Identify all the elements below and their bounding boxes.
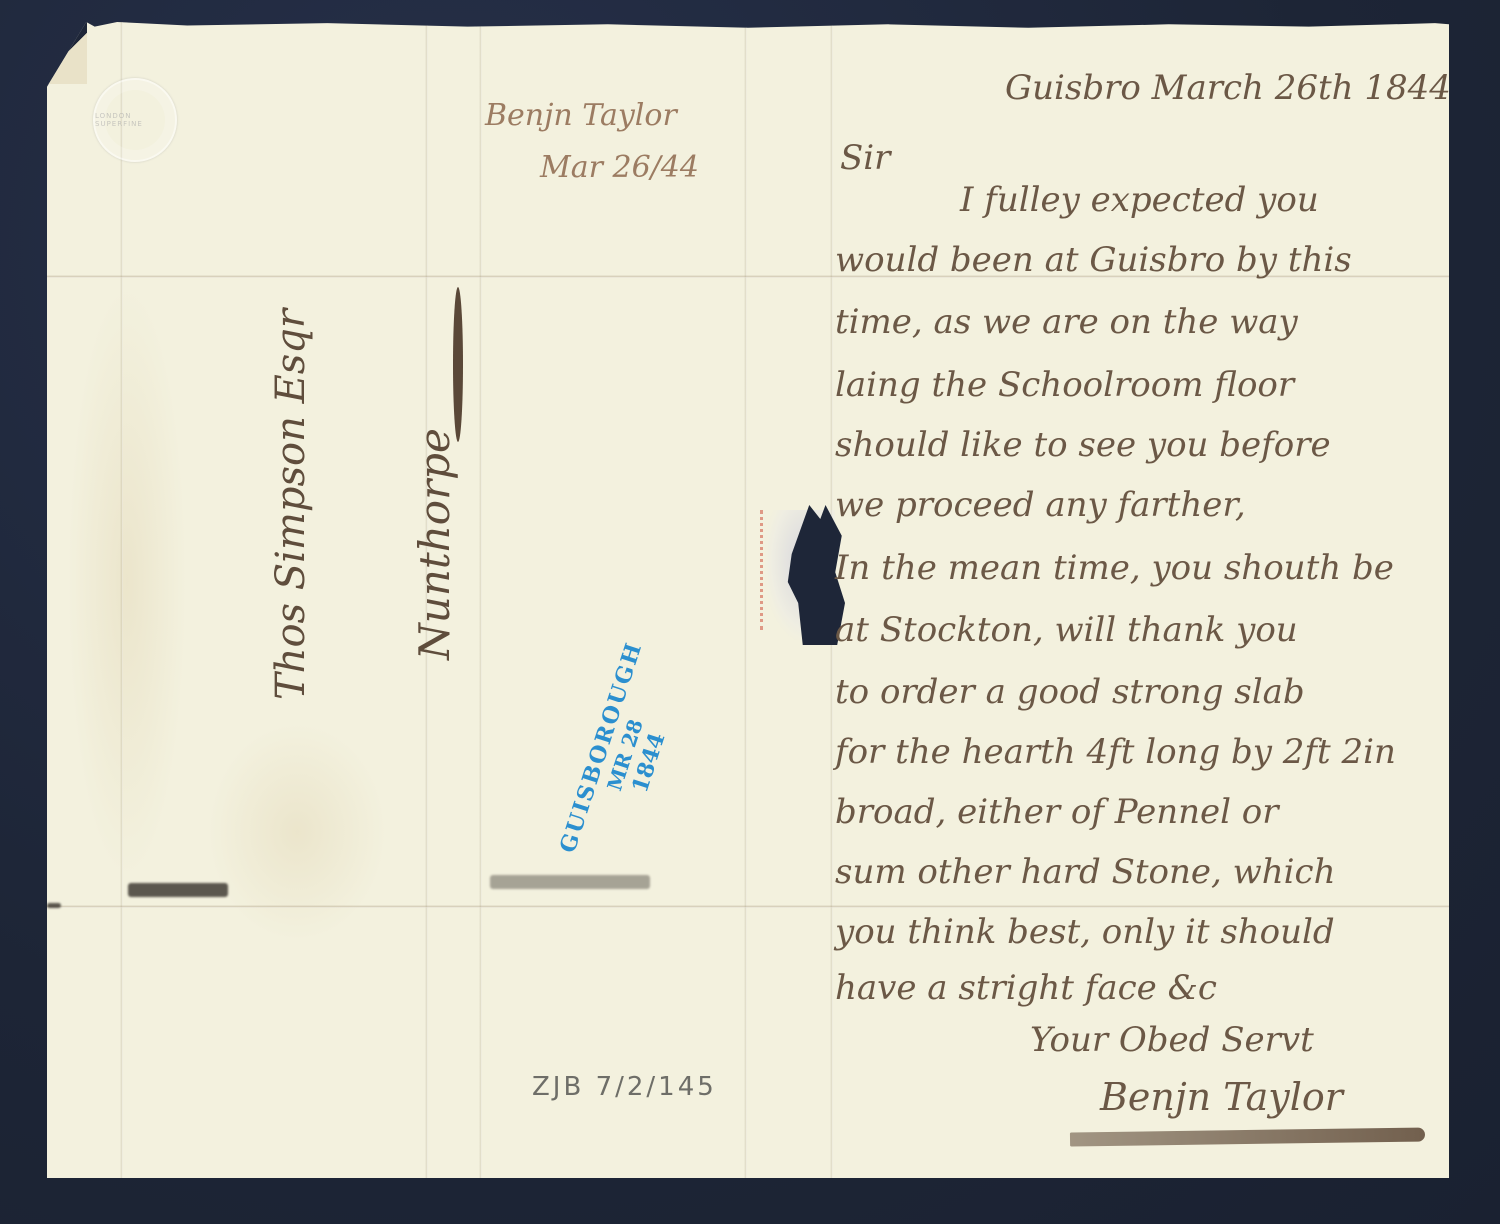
letter-line: time, as we are on the way [835, 302, 1298, 342]
letter-closing: Your Obed Servt [1030, 1020, 1314, 1060]
letter-line: have a stright face &c [835, 968, 1217, 1008]
embossed-stationer-stamp: LONDON SUPERFINE [93, 78, 177, 162]
address-flourish [453, 287, 463, 442]
docket-name: Benjn Taylor [485, 98, 677, 133]
letter-line: In the mean time, you shouth be [835, 548, 1394, 588]
letter-signature: Benjn Taylor [1100, 1075, 1343, 1119]
letter-line: I fulley expected you [960, 180, 1319, 220]
letter-line: laing the Schoolroom floor [835, 365, 1294, 405]
age-stain [67, 282, 187, 882]
letter-line: would been at Guisbro by this [835, 240, 1352, 280]
ink-offset-smudge [490, 875, 650, 889]
age-stain [207, 722, 387, 942]
letter-line: we proceed any farther, [835, 485, 1246, 525]
fold-line-vertical [120, 22, 123, 1178]
archive-reference: ZJB 7/2/145 [532, 1072, 717, 1102]
ink-offset-smudge [128, 883, 228, 897]
letter-salutation: Sir [840, 138, 890, 178]
letter-line: for the hearth 4ft long by 2ft 2in [835, 732, 1396, 772]
docket-date: Mar 26/44 [540, 150, 699, 185]
address-recipient: Thos Simpson Esqr [268, 309, 314, 700]
fold-line-horizontal [47, 905, 1449, 908]
letter-line: broad, either of Pennel or [835, 792, 1279, 832]
letter-line: sum other hard Stone, which [835, 852, 1335, 892]
letter-dateline: Guisbro March 26th 1844 [1005, 68, 1451, 108]
address-place: Nunthorpe [410, 428, 459, 660]
ink-offset-smudge [47, 903, 61, 908]
letter-line: at Stockton, will thank you [835, 610, 1298, 650]
fold-line-vertical [744, 22, 747, 1178]
letter-line: to order a good strong slab [835, 672, 1305, 712]
fold-line-vertical [479, 22, 482, 1178]
letter-line: should like to see you before [835, 425, 1331, 465]
letter-line: you think best, only it should [835, 912, 1335, 952]
